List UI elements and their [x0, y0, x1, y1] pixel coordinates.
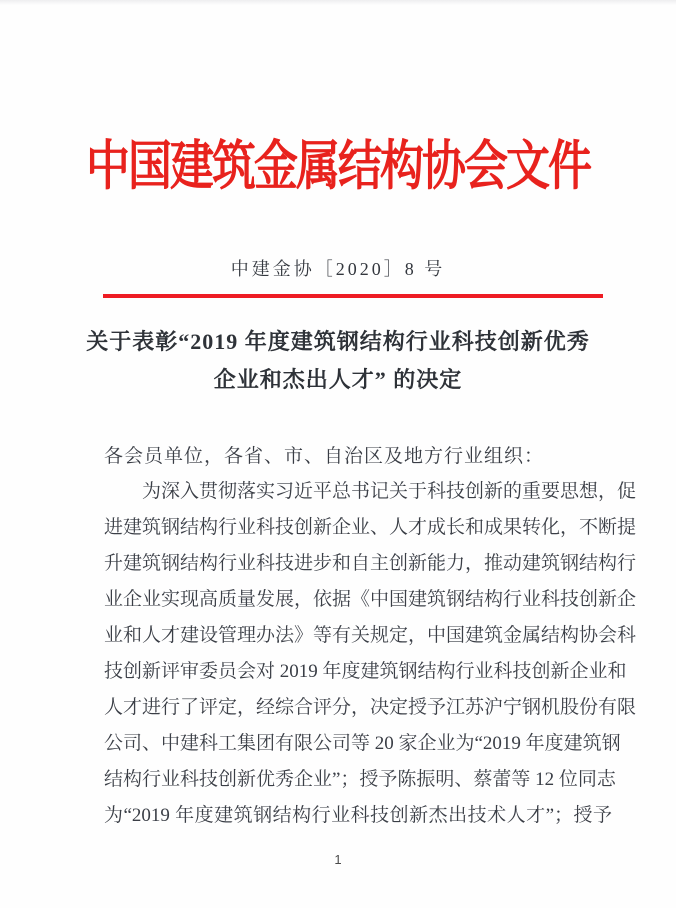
body-line: 升建筑钢结构行业科技进步和自主创新能力，推动建筑钢结构行 — [104, 546, 612, 582]
page-number: 1 — [0, 852, 676, 867]
document-title-line2: 企业和杰出人才” 的决定 — [60, 361, 616, 399]
body-line: 进建筑钢结构行业科技创新企业、人才成长和成果转化，不断提 — [104, 510, 612, 546]
document-title: 关于表彰“2019 年度建筑钢结构行业科技创新优秀 企业和杰出人才” 的决定 — [60, 323, 616, 399]
document-title-line1: 关于表彰“2019 年度建筑钢结构行业科技创新优秀 — [60, 323, 616, 361]
body-line: 为深入贯彻落实习近平总书记关于科技创新的重要思想，促 — [104, 474, 612, 510]
body-line: 结构行业科技创新优秀企业”；授予陈振明、蔡蕾等 12 位同志 — [104, 762, 612, 798]
body-line: 技创新评审委员会对 2019 年度建筑钢结构行业科技创新企业和 — [104, 654, 612, 690]
document-reference-number: 中建金协［2020］8 号 — [0, 255, 676, 281]
salutation-line: 各会员单位，各省、市、自治区及地方行业组织： — [104, 441, 616, 468]
red-divider-line — [103, 294, 603, 298]
association-masthead-title: 中国建筑金属结构协会文件 — [0, 122, 676, 200]
body-line: 为“2019 年度建筑钢结构行业科技创新杰出技术人才”；授予 — [104, 798, 612, 834]
scan-artifact-top-edge — [0, 0, 676, 5]
body-line: 业企业实现高质量发展，依据《中国建筑钢结构行业科技创新企 — [104, 582, 612, 618]
body-line: 业和人才建设管理办法》等有关规定，中国建筑金属结构协会科 — [104, 618, 612, 654]
body-paragraph: 为深入贯彻落实习近平总书记关于科技创新的重要思想，促 进建筑钢结构行业科技创新企… — [104, 474, 612, 834]
body-line: 公司、中建科工集团有限公司等 20 家企业为“2019 年度建筑钢 — [104, 726, 612, 762]
official-document-page: 中国建筑金属结构协会文件 中建金协［2020］8 号 关于表彰“2019 年度建… — [0, 0, 676, 908]
body-line: 人才进行了评定，经综合评分，决定授予江苏沪宁钢机股份有限 — [104, 690, 612, 726]
